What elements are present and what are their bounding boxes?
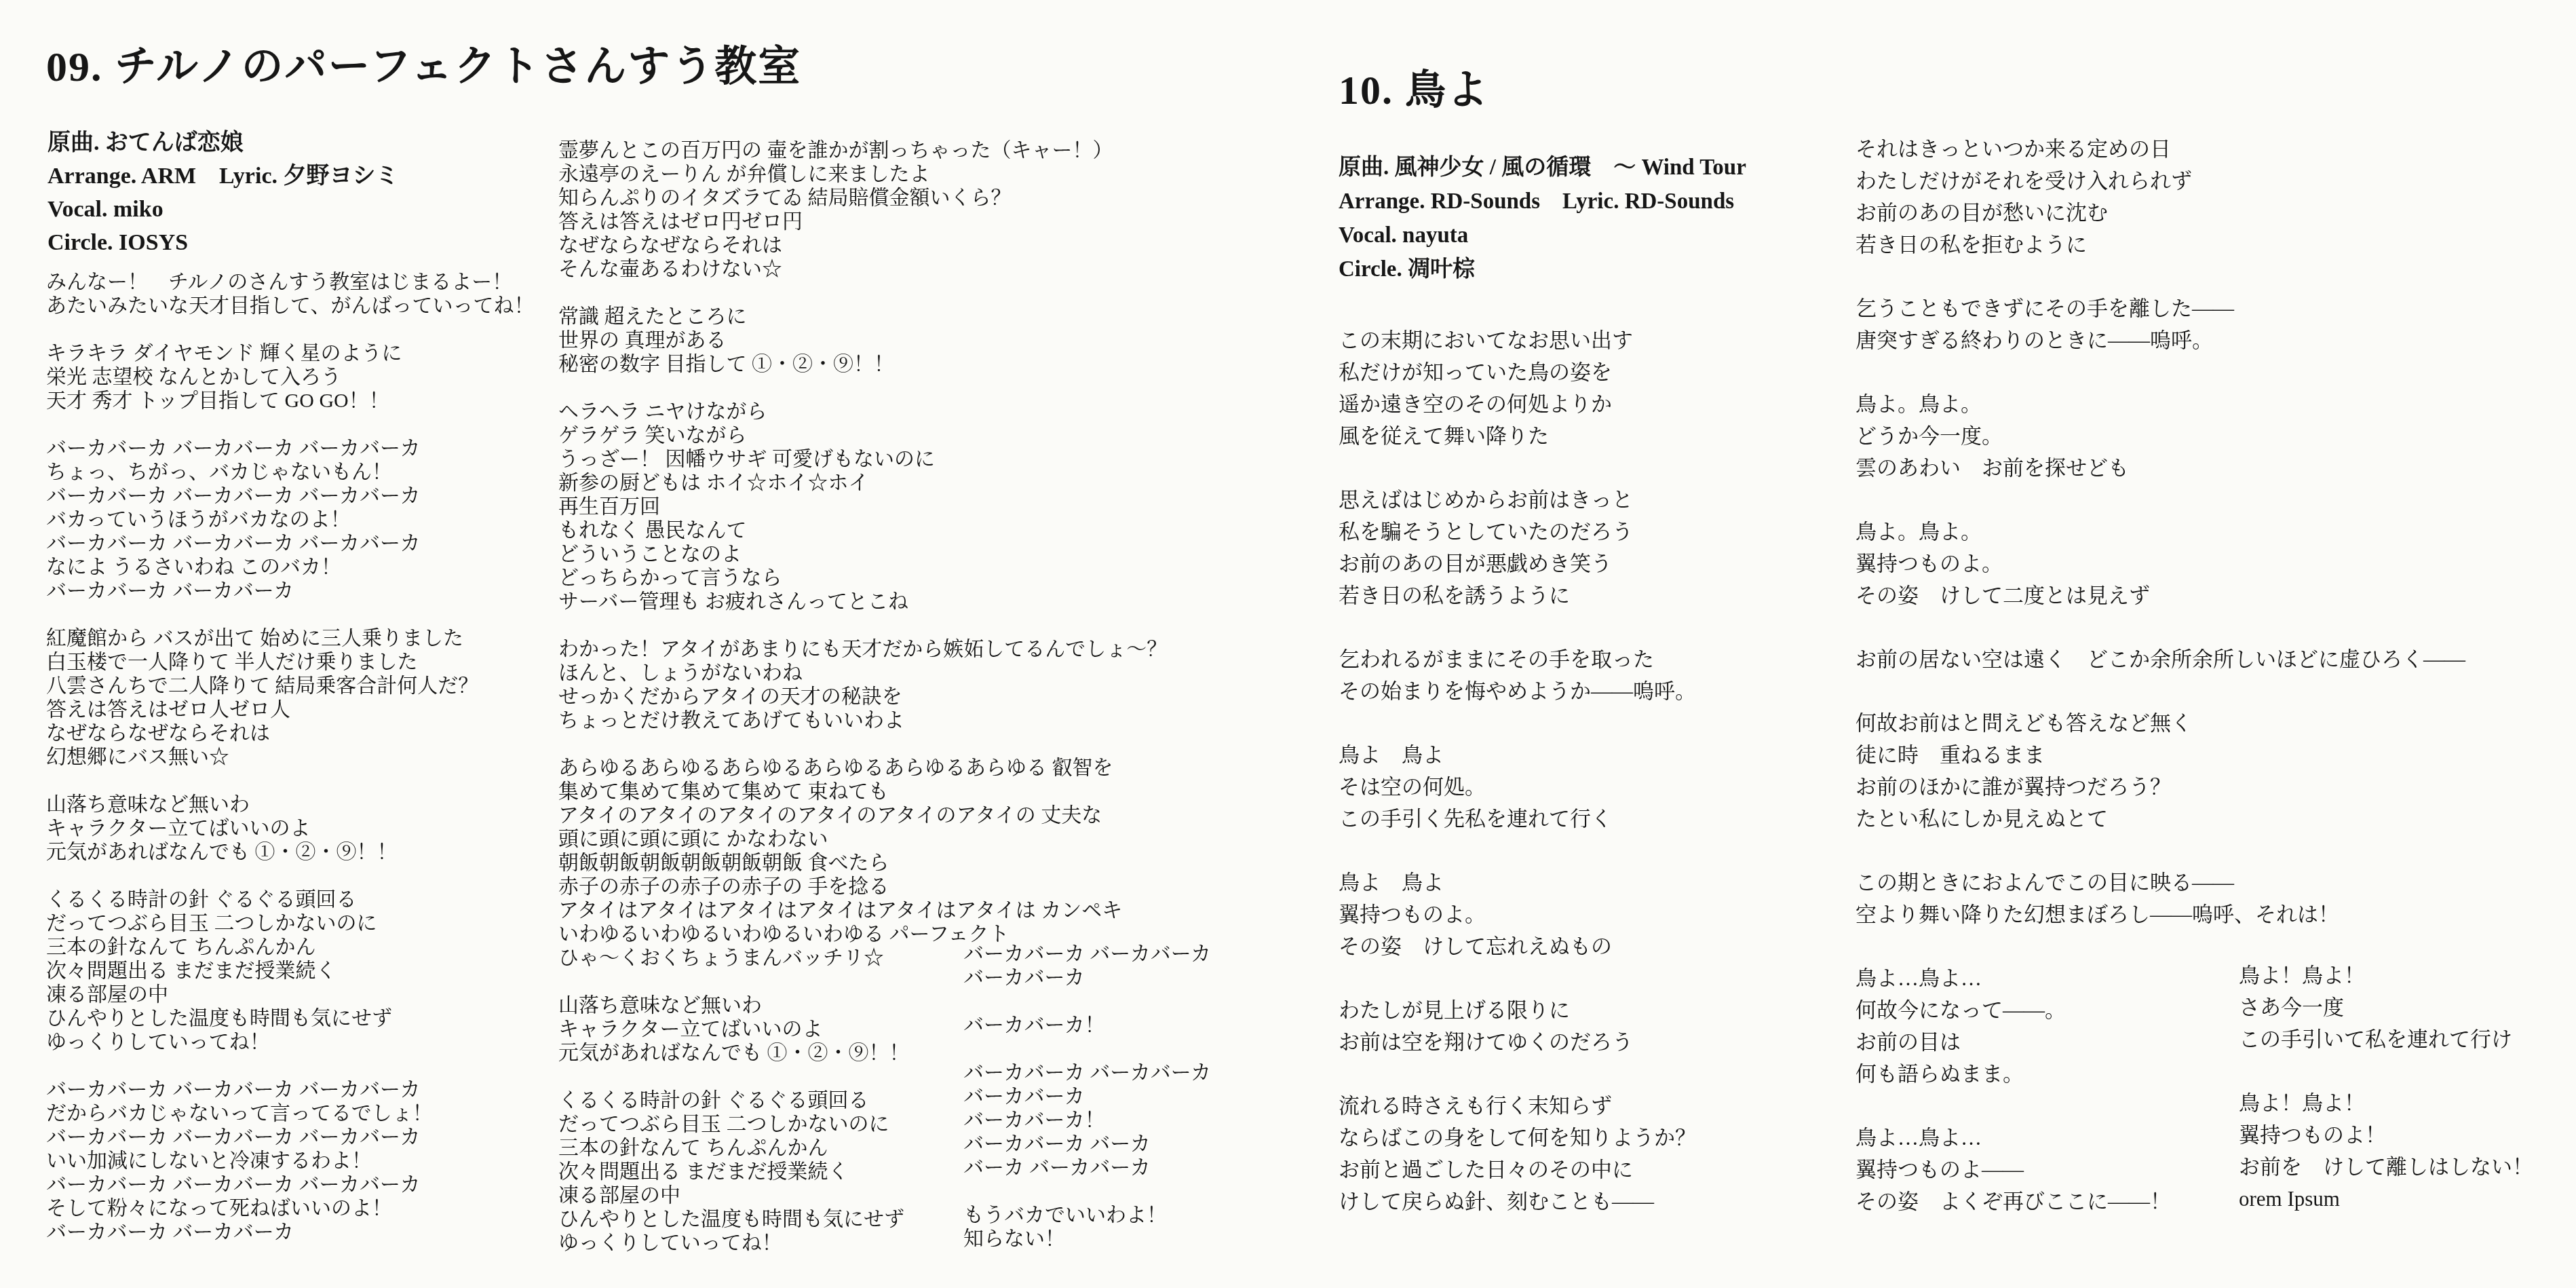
lyric-stanza: みんなー！ チルノのさんすう教室はじまるよー！あたいみたいな天才目指して、がんば… [46,270,562,318]
lyric-stanza: バーカバーカ！ [963,1013,1275,1037]
lyric-line: バーカバーカ バーカバーカ バーカバーカ [46,1173,562,1196]
lyric-stanza: 山落ち意味など無いわキャラクター立てばいいのよ元気があればなんでも ①・②・⑨！… [46,793,562,864]
lyric-line: あたいみたいな天才目指して、がんばっていってね！ [46,294,562,318]
lyric-line: 乞われるがままにその手を取った [1339,643,1841,675]
lyric-line: それはきっといつか来る定めの日 [1856,133,2534,165]
lyric-line: 八雲さんちで二人降りて 結局乗客合計何人だ？ [46,674,562,698]
lyric-line: アタイのアタイのアタイのアタイのアタイのアタイの 丈夫な [558,803,1196,827]
lyric-line: この手引く先私を連れて行く [1339,803,1841,835]
lyric-line: お前は空を翔けてゆくのだろう [1339,1026,1841,1058]
lyric-stanza: この末期においてなお思い出す私だけが知っていた鳥の姿を遥か遠き空のその何処よりか… [1339,324,1841,452]
lyric-line: 私だけが知っていた鳥の姿を [1339,356,1841,388]
lyric-stanza: バーカバーカ バーカバーカ バーカバーカだからバカじゃないって言ってるでしょ！バ… [46,1078,562,1244]
lyric-line: 思えばはじめからお前はきっと [1339,484,1841,516]
lyric-stanza: あらゆるあらゆるあらゆるあらゆるあらゆるあらゆる 叡智を集めて集めて集めて集めて… [558,756,1196,970]
lyric-stanza: 紅魔館から バスが出て 始めに三人乗りました白玉楼で一人降りて 半人だけ乗りまし… [46,626,562,769]
lyric-line: 集めて集めて集めて集めて 束ねても [558,780,1196,803]
lyric-line: わたしが見上げる限りに [1339,994,1841,1026]
lyric-line: キラキラ ダイヤモンド 輝く星のように [46,341,562,365]
lyric-line: バーカバーカ バーカバーカ [46,1220,562,1244]
lyric-line: 翼持つものよ。 [1339,898,1841,930]
lyric-line: 答えは答えはゼロ人ゼロ人 [46,698,562,721]
lyric-stanza: この期ときにおよんでこの目に映る——空より舞い降りた幻想まぼろし——嗚呼、それは… [1856,867,2534,930]
lyric-stanza: バーカバーカ バーカバーカ バーカバーカちょっ、ちがっ、バカじゃないもん！バーカ… [46,436,562,603]
lyric-line: 頭に頭に頭に頭に かなわない [558,827,1196,851]
lyric-line: バーカバーカ [963,1084,1275,1108]
lyric-line: 空より舞い降りた幻想まぼろし——嗚呼、それは！ [1856,898,2534,930]
lyric-line: どっちらかって言うなら [558,566,1196,590]
lyric-stanza: 鳥よ！鳥よ！さあ今一度この手引いて私を連れて行け [2239,960,2571,1055]
lyric-line: くるくる時計の針 ぐるぐる頭回る [46,888,562,911]
lyric-stanza: 鳥よ 鳥よ翼持つものよ。その姿 けして忘れえぬもの [1339,867,1841,962]
lyric-line: バーカバーカ バーカバーカ バーカバーカ [46,1125,562,1149]
lyric-line: けして戻らぬ針、刻むことも—— [1339,1186,1841,1217]
lyric-line: この期ときにおよんでこの目に映る—— [1856,867,2534,898]
credit-line: 原曲. おてんば恋娘 [47,126,399,159]
lyric-line: 若き日の私を誘うように [1339,580,1841,611]
lyric-stanza: わたしが見上げる限りにお前は空を翔けてゆくのだろう [1339,994,1841,1058]
lyric-line: 三本の針なんて ちんぷんかん [46,935,562,959]
lyric-stanza: もうバカでいいわよ！知らない！ [963,1203,1275,1251]
lyric-line: 栄光 志望校 なんとかして入ろう [46,365,562,389]
lyric-line: お前の居ない空は遠く どこか余所余所しいほどに虚ひろく—— [1856,643,2534,675]
lyric-line: なによ うるさいわね このバカ！ [46,555,562,579]
lyric-line: 乞うこともできずにその手を離した—— [1856,292,2534,324]
credit-line: Circle. 凋叶棕 [1339,252,1746,286]
lyric-stanza: それはきっといつか来る定めの日わたしだけがそれを受け入れられずお前のあの目が愁い… [1856,133,2534,261]
lyric-line: 答えは答えはゼロ円ゼロ円 [558,210,1196,233]
lyric-line: 遥か遠き空のその何処よりか [1339,388,1841,420]
song-09-title: 09. チルノのパーフェクトさんすう教室 [46,33,801,93]
lyric-line: 鳥よ 鳥よ [1339,739,1841,771]
lyric-line: バーカバーカ バーカバーカ バーカバーカ [46,531,562,555]
lyric-line: バーカバーカ！ [963,1108,1275,1132]
lyric-line: バーカバーカ バーカバーカ [46,579,562,603]
song-10-lyrics-column-1: この末期においてなお思い出す私だけが知っていた鳥の姿を遥か遠き空のその何処よりか… [1339,324,1841,1249]
lyric-line: せっかくだからアタイの天才の秘訣を [558,685,1196,708]
lyric-line: バカっていうほうがバカなのよ！ [46,508,562,531]
lyric-line: 凍る部屋の中 [46,983,562,1006]
lyric-line: 永遠亭のえーりん が弁償しに来ましたよ [558,162,1196,186]
lyric-line: 鳥よ。鳥よ。 [1856,516,2534,548]
lyric-stanza: キラキラ ダイヤモンド 輝く星のように栄光 志望校 なんとかして入ろう天才 秀才… [46,341,562,413]
song-09-credits: 原曲. おてんば恋娘Arrange. ARM Lyric. 夕野ヨシミVocal… [47,126,399,259]
lyric-line: 雲のあわい お前を探せども [1856,452,2534,484]
lyric-line: わたしだけがそれを受け入れられず [1856,165,2534,197]
lyric-line: 赤子の赤子の赤子の赤子の 手を捻る [558,875,1196,898]
lyric-stanza: バーカバーカ バーカバーカバーカバーカバーカバーカ！バーカバーカ バーカバーカ … [963,1061,1275,1179]
song-09-lyrics-column-1: みんなー！ チルノのさんすう教室はじまるよー！あたいみたいな天才目指して、がんば… [46,270,562,1268]
lyric-line: ちょっ、ちがっ、バカじゃないもん！ [46,460,562,484]
lyric-line: たとい私にしか見えぬとて [1856,803,2534,835]
lyric-line: この手引いて私を連れて行け [2239,1023,2571,1055]
lyric-line: 翼持つものよ。 [1856,548,2534,580]
lyric-line: 朝飯朝飯朝飯朝飯朝飯朝飯 食べたら [558,851,1196,875]
lyric-line: そして粉々になって死ねばいいのよ！ [46,1196,562,1220]
lyric-line: 知らんぷりのイタズラてゐ 結局賠償金額いくら？ [558,186,1196,210]
lyric-line: どうか今一度。 [1856,420,2534,452]
lyric-line: 私を騙そうとしていたのだろう [1339,516,1841,548]
lyric-stanza: 流れる時さえも行く末知らずならばこの身をして何を知りようか？お前と過ごした日々の… [1339,1090,1841,1217]
lyric-stanza: お前の居ない空は遠く どこか余所余所しいほどに虚ひろく—— [1856,643,2534,675]
lyric-line: 常識 超えたところに [558,305,1196,328]
lyric-line: バーカバーカ バーカバーカ バーカバーカ [46,484,562,508]
lyric-line: 鳥よ！鳥よ！ [2239,960,2571,991]
song-10-credits: 原曲. 風神少女 / 風の循環 ～ Wind TourArrange. RD-S… [1339,151,1746,286]
lyric-line: ヘラヘラ ニヤけながら [558,400,1196,423]
lyric-line: いい加減にしないと冷凍するわよ！ [46,1149,562,1173]
lyric-line: 知らない！ [963,1227,1275,1251]
lyric-stanza: 何故お前はと問えども答えなど無く徒に時 重ねるままお前のほかに誰が翼持つだろう？… [1856,707,2534,835]
lyric-line: お前と過ごした日々のその中に [1339,1154,1841,1186]
lyric-line: 何故お前はと問えども答えなど無く [1856,707,2534,739]
lyric-line: 若き日の私を拒むように [1856,229,2534,261]
lyric-line: バーカバーカ バーカバーカ バーカバーカ [46,436,562,460]
lyric-line: ならばこの身をして何を知りようか？ [1339,1122,1841,1154]
credit-line: Vocal. nayuta [1339,219,1746,252]
credit-line: 原曲. 風神少女 / 風の循環 ～ Wind Tour [1339,151,1746,185]
lyric-line: 流れる時さえも行く末知らず [1339,1090,1841,1122]
lyric-line: 霊夢んとこの百万円の 壷を誰かが割っちゃった（キャー！） [558,138,1196,162]
lyric-line: 再生百万回 [558,495,1196,518]
lyric-line: バーカバーカ バーカバーカ [963,942,1275,966]
lyric-line: この末期においてなお思い出す [1339,324,1841,356]
lyric-line: バーカバーカ バーカ [963,1132,1275,1156]
lyric-stanza: 思えばはじめからお前はきっと私を騙そうとしていたのだろうお前のあの目が悪戯めき笑… [1339,484,1841,611]
lyric-line: 鳥よ 鳥よ [1339,867,1841,898]
lyric-line: さあ今一度 [2239,991,2571,1023]
lyric-line: 元気があればなんでも ①・②・⑨！！ [46,840,562,864]
lyric-stanza: バーカバーカ バーカバーカバーカバーカ [963,942,1275,989]
lyric-line: 幻想郷にバス無い☆ [46,745,562,769]
lyric-line: もれなく 愚民なんて [558,518,1196,542]
lyric-stanza: 鳥よ！鳥よ！翼持つものよ！お前を けして離しはしない！orem Ipsum [2239,1087,2571,1215]
lyric-line: ちょっとだけ教えてあげてもいいわよ [558,708,1196,732]
lyric-stanza: 鳥よ 鳥よそは空の何処。この手引く先私を連れて行く [1339,739,1841,835]
lyric-line: バーカ バーカバーカ [963,1156,1275,1179]
lyric-line: 紅魔館から バスが出て 始めに三人乗りました [46,626,562,650]
lyric-stanza: 霊夢んとこの百万円の 壷を誰かが割っちゃった（キャー！）永遠亭のえーりん が弁償… [558,138,1196,281]
song-10-lyrics-column-3: 鳥よ！鳥よ！さあ今一度この手引いて私を連れて行け鳥よ！鳥よ！翼持つものよ！お前を… [2239,960,2571,1247]
lyric-stanza: 鳥よ。鳥よ。どうか今一度。雲のあわい お前を探せども [1856,388,2534,484]
lyric-line: だってつぶら目玉 二つしかないのに [46,911,562,935]
lyric-line: お前のほかに誰が翼持つだろう？ [1856,771,2534,803]
lyrics-booklet-spread: 09. チルノのパーフェクトさんすう教室 原曲. おてんば恋娘Arrange. … [0,0,2576,1288]
lyric-line: 秘密の数字 目指して ①・②・⑨！！ [558,352,1196,376]
lyric-line: みんなー！ チルノのさんすう教室はじまるよー！ [46,270,562,294]
credit-line: Vocal. miko [47,193,399,226]
lyric-line: 風を従えて舞い降りた [1339,420,1841,452]
lyric-line: お前のあの目が愁いに沈む [1856,197,2534,229]
lyric-line: 白玉楼で一人降りて 半人だけ乗りました [46,650,562,674]
lyric-line: わかった！アタイがあまりにも天才だから嫉妬してるんでしょ～？ [558,637,1196,661]
lyric-line: 徒に時 重ねるまま [1856,739,2534,771]
lyric-line: その始まりを悔やめようか——嗚呼。 [1339,675,1841,707]
lyric-stanza: わかった！アタイがあまりにも天才だから嫉妬してるんでしょ～？ほんと、しょうがない… [558,637,1196,732]
lyric-line: バーカバーカ！ [963,1013,1275,1037]
lyric-line: もうバカでいいわよ！ [963,1203,1275,1227]
lyric-line: その姿 けして二度とは見えず [1856,580,2534,611]
lyric-line: お前を けして離しはしない！ [2239,1151,2571,1183]
credit-line: Arrange. ARM Lyric. 夕野ヨシミ [47,159,399,193]
lyric-line: 新参の厨どもは ホイ☆ホイ☆ホイ [558,471,1196,495]
lyric-stanza: 常識 超えたところに世界の 真理がある秘密の数字 目指して ①・②・⑨！！ [558,305,1196,376]
song-09-lyrics-column-3: バーカバーカ バーカバーカバーカバーカバーカバーカ！バーカバーカ バーカバーカバ… [963,942,1275,1274]
lyric-line: サーバー管理も お疲れさんってとこね [558,590,1196,613]
lyric-line: うっざー！ 因幡ウサギ 可愛げもないのに [558,447,1196,471]
lyric-stanza: ヘラヘラ ニヤけながらゲラゲラ 笑いながらうっざー！ 因幡ウサギ 可愛げもないの… [558,400,1196,613]
lyric-line: どういうことなのよ [558,542,1196,566]
lyric-line: ゆっくりしていってね！ [46,1030,562,1054]
lyric-line: お前のあの目が悪戯めき笑う [1339,548,1841,580]
lyric-line: ほんと、しょうがないわね [558,661,1196,685]
lyric-line: なぜならなぜならそれは [46,721,562,745]
song-10-title: 10. 鳥よ [1339,58,1489,116]
lyric-stanza: 乞われるがままにその手を取ったその始まりを悔やめようか——嗚呼。 [1339,643,1841,707]
lyric-line: 鳥よ！鳥よ！ [2239,1087,2571,1119]
lyric-line: 次々問題出る まだまだ授業続く [46,959,562,983]
lyric-line: 世界の 真理がある [558,328,1196,352]
lyric-line: 唐突すぎる終わりのときに——嗚呼。 [1856,324,2534,356]
lyric-line: あらゆるあらゆるあらゆるあらゆるあらゆるあらゆる 叡智を [558,756,1196,780]
lyric-line: 山落ち意味など無いわ [46,793,562,816]
lyric-line: バーカバーカ [963,966,1275,989]
lyric-line: バーカバーカ バーカバーカ バーカバーカ [46,1078,562,1101]
lyric-line: そは空の何処。 [1339,771,1841,803]
lyric-line: そんな壷あるわけない☆ [558,257,1196,281]
lyric-line: 鳥よ。鳥よ。 [1856,388,2534,420]
credit-line: Arrange. RD-Sounds Lyric. RD-Sounds [1339,185,1746,219]
lyric-line: ひんやりとした温度も時間も気にせず [46,1006,562,1030]
lyric-stanza: 乞うこともできずにその手を離した——唐突すぎる終わりのときに——嗚呼。 [1856,292,2534,356]
lyric-line: なぜならなぜならそれは [558,233,1196,257]
lyric-line: ゲラゲラ 笑いながら [558,423,1196,447]
lyric-line: orem Ipsum [2239,1183,2571,1215]
credit-line: Circle. IOSYS [47,226,399,259]
lyric-stanza: くるくる時計の針 ぐるぐる頭回るだってつぶら目玉 二つしかないのに三本の針なんて… [46,888,562,1054]
lyric-line: だからバカじゃないって言ってるでしょ！ [46,1101,562,1125]
lyric-line: その姿 けして忘れえぬもの [1339,930,1841,962]
lyric-line: キャラクター立てばいいのよ [46,816,562,840]
lyric-line: バーカバーカ バーカバーカ [963,1061,1275,1084]
lyric-line: アタイはアタイはアタイはアタイはアタイはアタイは カンペキ [558,898,1196,922]
lyric-stanza: 鳥よ。鳥よ。翼持つものよ。その姿 けして二度とは見えず [1856,516,2534,611]
lyric-line: 翼持つものよ！ [2239,1119,2571,1151]
lyric-line: 天才 秀才 トップ目指して GO GO！！ [46,389,562,413]
